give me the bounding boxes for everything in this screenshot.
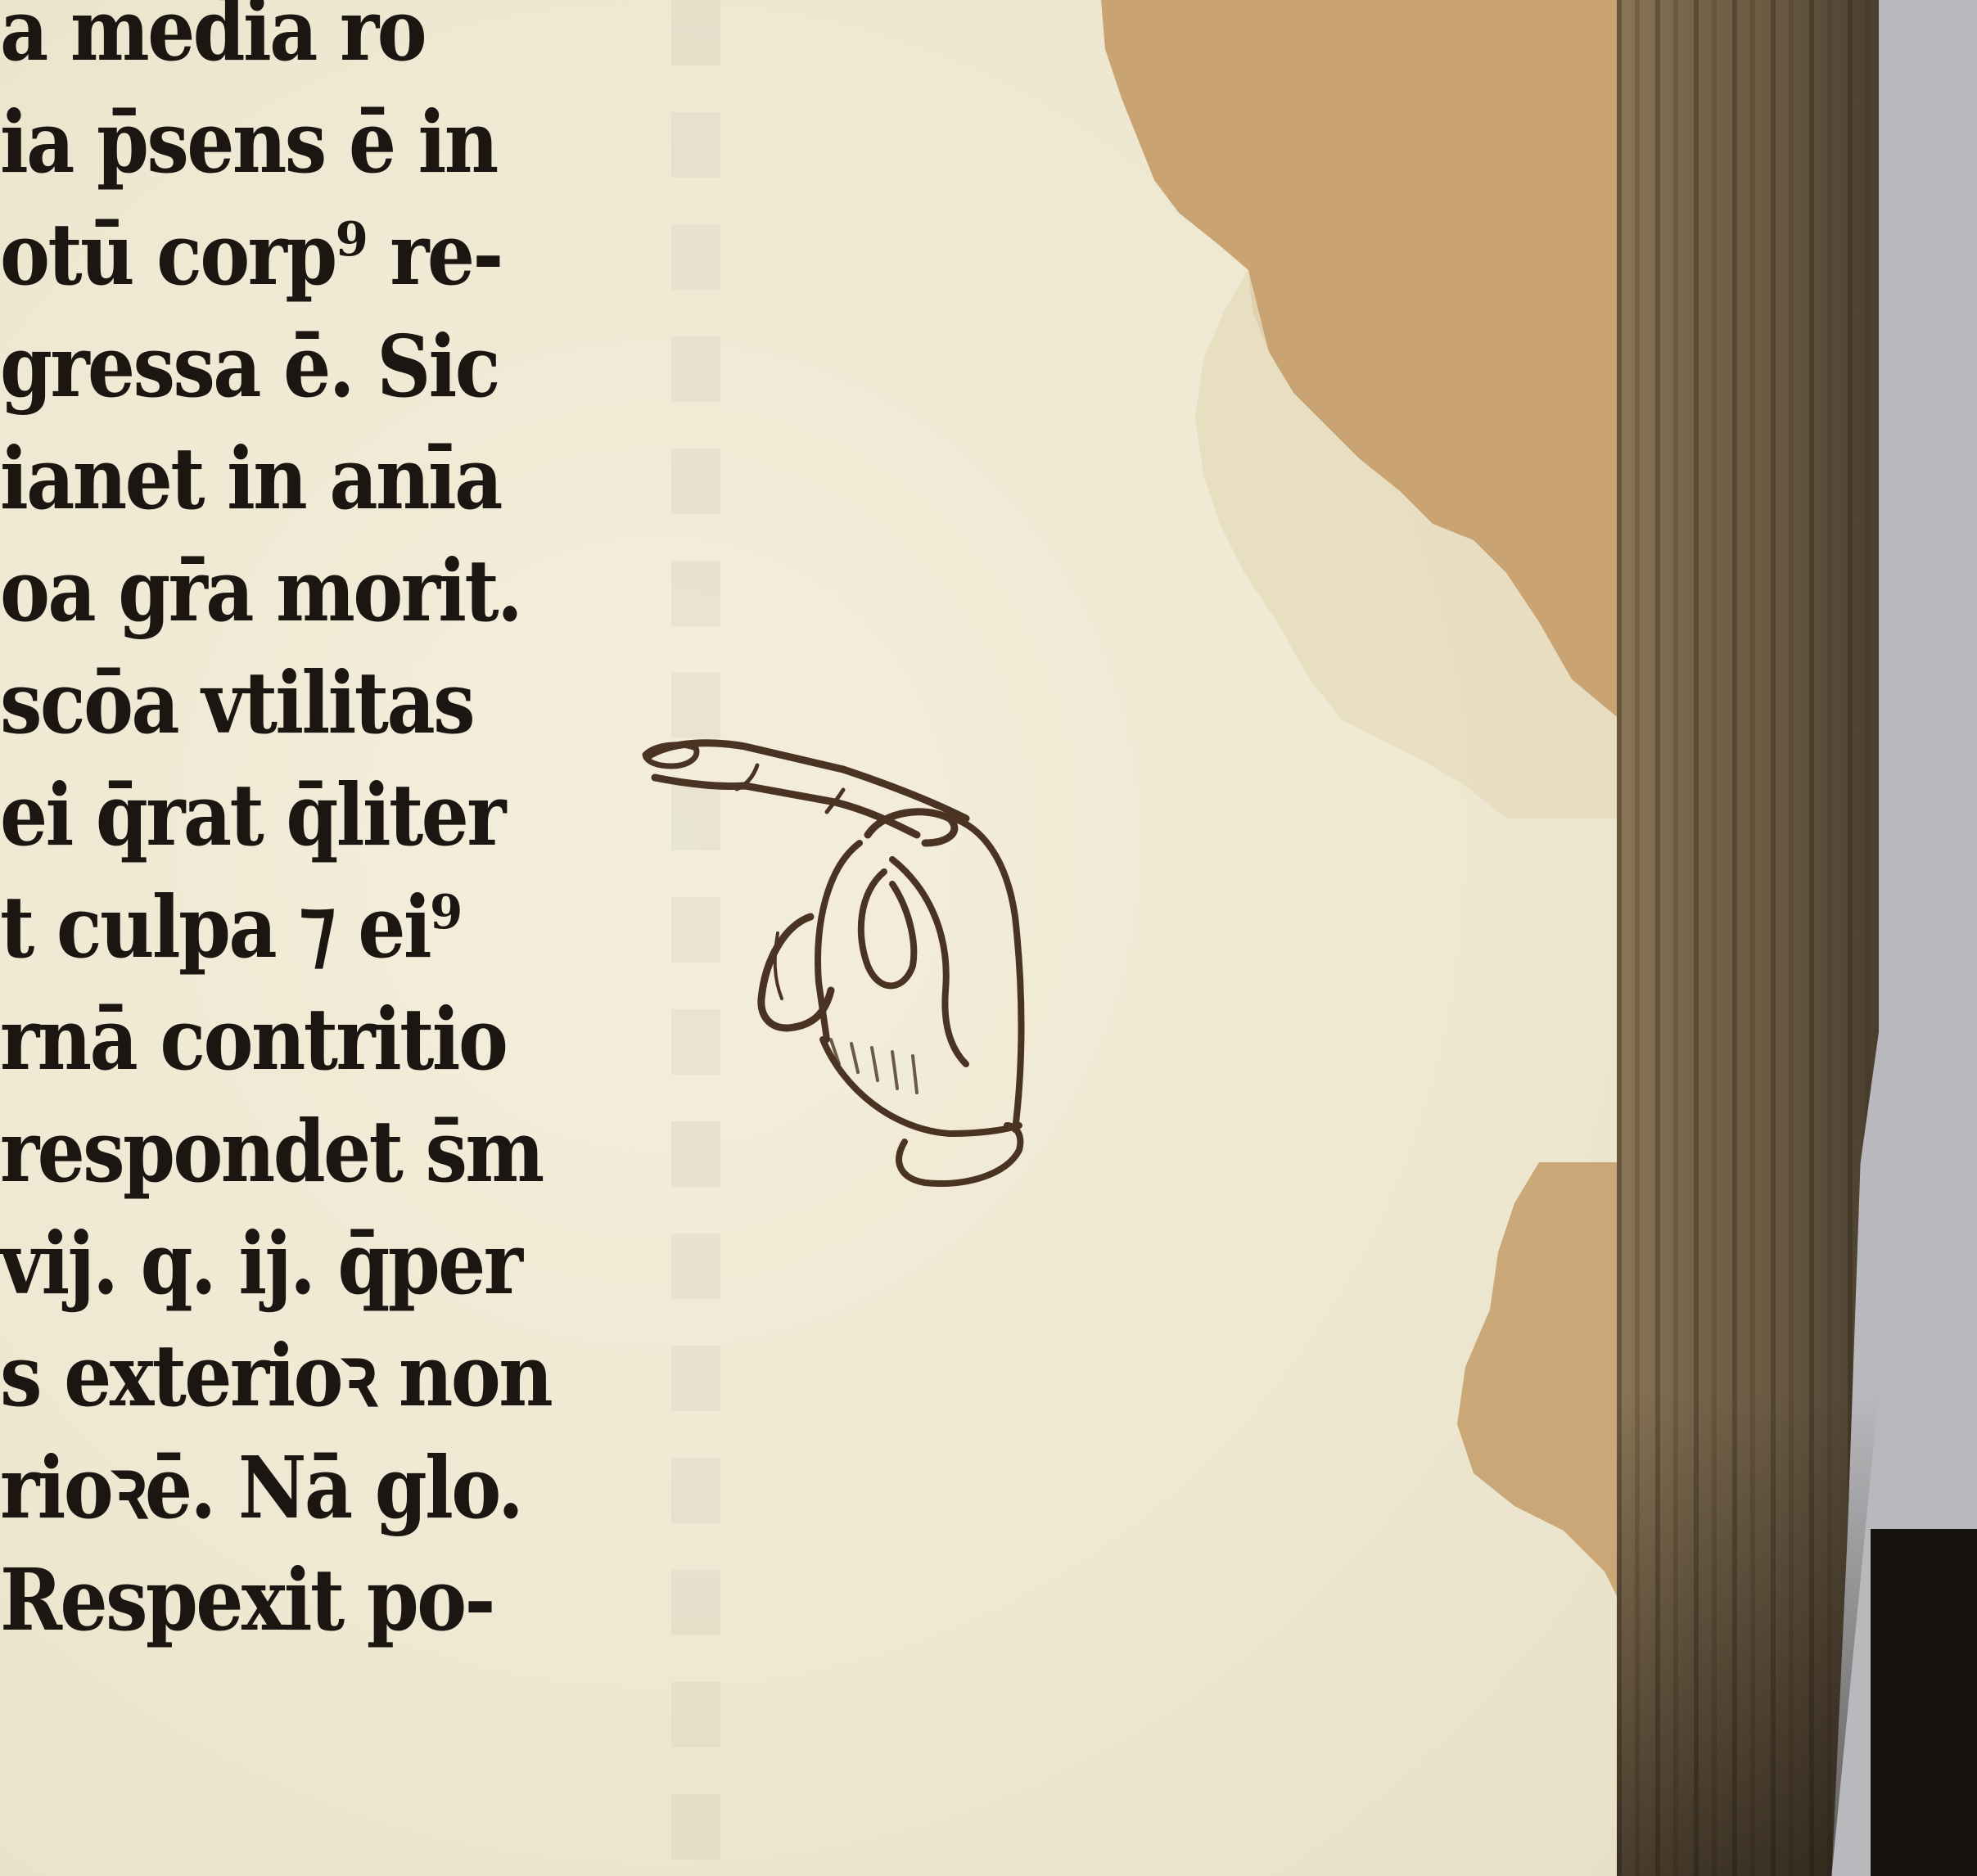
water-stain-upper xyxy=(1081,0,1654,818)
dark-support-block xyxy=(1871,1529,1977,1876)
text-line: respondet s̄m xyxy=(0,1095,620,1207)
text-line: gressa ē. Sic xyxy=(0,310,620,422)
text-line: a media ro xyxy=(0,0,620,86)
text-line: ei q̄rat q̄liter xyxy=(0,759,620,871)
text-line: Respexit po- xyxy=(0,1544,620,1656)
text-line: oa gr̄a morit. xyxy=(0,534,620,647)
text-line: vij. q. ij. q̄per xyxy=(0,1207,620,1319)
printed-text-column: a media ro ia p̄sens ē in otū corp⁹ re- … xyxy=(0,0,704,1656)
text-line: otū corp⁹ re- xyxy=(0,198,620,310)
text-line: t culpa ⁊ ei⁹ xyxy=(0,871,620,983)
book-photo: a media ro ia p̄sens ē in otū corp⁹ re- … xyxy=(0,0,1977,1876)
fore-edge-shadow xyxy=(1617,1391,1879,1876)
text-line: rnā contritio xyxy=(0,983,620,1095)
text-line: ianet in anīa xyxy=(0,422,620,534)
text-line: s exterioꝛ non xyxy=(0,1319,620,1432)
text-line: ia p̄sens ē in xyxy=(0,86,620,198)
manicule-pointing-hand-icon xyxy=(622,720,1130,1391)
text-line-marked: scōa vtilitas xyxy=(0,647,620,759)
text-line: rioꝛē. Nā glo. xyxy=(0,1432,620,1544)
